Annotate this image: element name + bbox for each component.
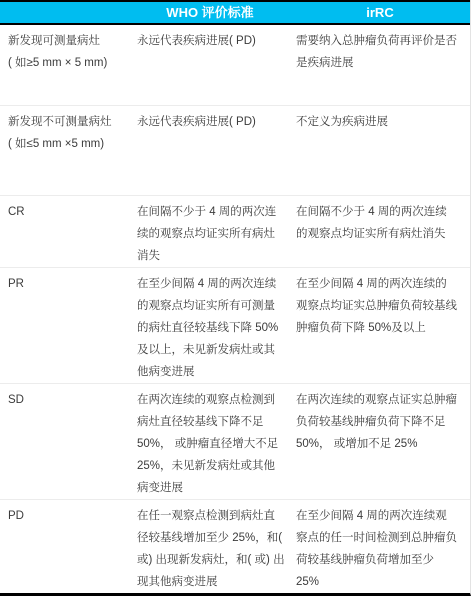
irrc-criteria-cell: 在至少间隔 4 周的两次连续观察点的任一时间检测到总肿瘤负荷较基线肿瘤负荷增加至… [290, 500, 470, 593]
who-criteria-cell: 在两次连续的观察点检测到病灶直径较基线下降不足 50%， 或肿瘤直径增大不足 2… [130, 384, 290, 499]
irrc-criteria-cell: 不定义为疾病进展 [290, 106, 470, 195]
table-header-row: WHO 评价标准 irRC [0, 0, 470, 25]
row-label: PR [0, 268, 130, 383]
header-cell-who: WHO 评价标准 [130, 2, 290, 23]
irrc-criteria-cell: 在间隔不少于 4 周的两次连续的观察点均证实所有病灶消失 [290, 196, 470, 267]
header-cell-irrc: irRC [290, 2, 470, 23]
row-label: CR [0, 196, 130, 267]
irrc-criteria-cell: 在至少间隔 4 周的两次连续的观察点均证实总肿瘤负荷较基线肿瘤负荷下降 50%及… [290, 268, 470, 383]
row-label: 新发现可测量病灶 ( 如≥5 mm × 5 mm) [0, 25, 130, 105]
row-label: PD [0, 500, 130, 593]
irrc-criteria-cell: 需要纳入总肿瘤负荷再评价是否是疾病进展 [290, 25, 470, 105]
who-criteria-cell: 在至少间隔 4 周的两次连续的观察点均证实所有可测量的病灶直径较基线下降 50%… [130, 268, 290, 383]
table-row-sd: SD 在两次连续的观察点检测到病灶直径较基线下降不足 50%， 或肿瘤直径增大不… [0, 383, 470, 499]
who-criteria-cell: 在间隔不少于 4 周的两次连续的观察点均证实所有病灶消失 [130, 196, 290, 267]
irrc-criteria-cell: 在两次连续的观察点证实总肿瘤负荷较基线肿瘤负荷下降不足 50%， 或增加不足 2… [290, 384, 470, 499]
row-label: SD [0, 384, 130, 499]
table-row-pr: PR 在至少间隔 4 周的两次连续的观察点均证实所有可测量的病灶直径较基线下降 … [0, 267, 470, 383]
response-criteria-comparison-table: WHO 评价标准 irRC 新发现可测量病灶 ( 如≥5 mm × 5 mm) … [0, 0, 471, 596]
who-criteria-cell: 永远代表疾病进展( PD) [130, 106, 290, 195]
row-label: 新发现不可测量病灶 ( 如≤5 mm ×5 mm) [0, 106, 130, 195]
who-criteria-cell: 在任一观察点检测到病灶直径较基线增加至少 25%，和( 或) 出现新发病灶，和(… [130, 500, 290, 593]
table-row-new-nonmeasurable-lesion: 新发现不可测量病灶 ( 如≤5 mm ×5 mm) 永远代表疾病进展( PD) … [0, 105, 470, 195]
table-row-cr: CR 在间隔不少于 4 周的两次连续的观察点均证实所有病灶消失 在间隔不少于 4… [0, 195, 470, 267]
who-criteria-cell: 永远代表疾病进展( PD) [130, 25, 290, 105]
table-row-new-measurable-lesion: 新发现可测量病灶 ( 如≥5 mm × 5 mm) 永远代表疾病进展( PD) … [0, 25, 470, 105]
table-row-pd: PD 在任一观察点检测到病灶直径较基线增加至少 25%，和( 或) 出现新发病灶… [0, 499, 470, 593]
